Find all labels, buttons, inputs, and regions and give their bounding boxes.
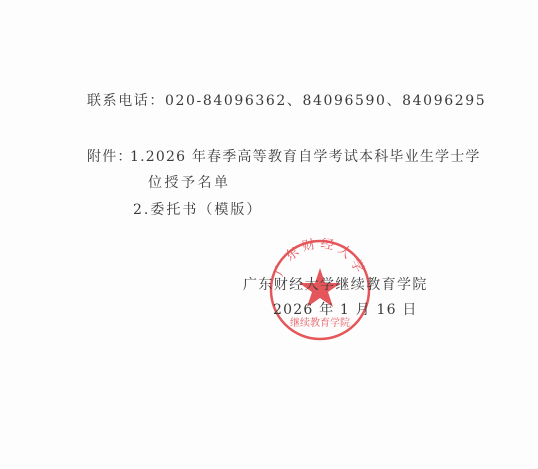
attachment-item-1: 1.2026 年春季高等教育自学考试本科毕业生学士学 xyxy=(130,149,481,165)
attachments-label: 附件： xyxy=(87,149,133,165)
signing-date: 2026 年 1 月 16 日 xyxy=(273,302,418,318)
contact-line: 联系电话：020-84096362、84096590、84096295 xyxy=(87,93,486,109)
attachment-item-2: 2.委托书（模版） xyxy=(133,202,262,218)
signing-organization: 广东财经大学继续教育学院 xyxy=(243,277,428,293)
attachment-item-1-continued: 位授予名单 xyxy=(148,175,231,191)
